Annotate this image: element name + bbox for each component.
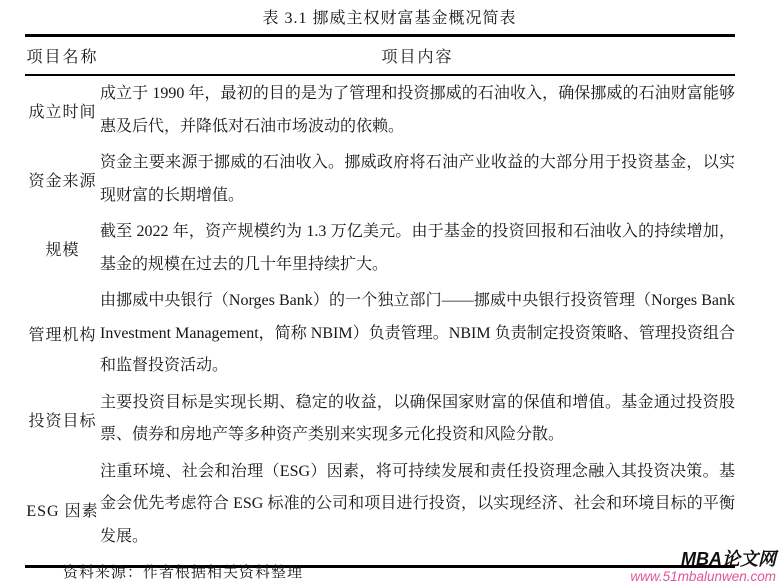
header-item-name: 项目名称: [25, 36, 100, 76]
table-row: 投资目标 主要投资目标是实现长期、稳定的收益，以确保国家财富的保值和增值。基金通…: [25, 385, 735, 454]
table-row: ESG 因素 注重环境、社会和治理（ESG）因素，将可持续发展和责任投资理念融入…: [25, 454, 735, 567]
row-content: 成立于 1990 年，最初的目的是为了管理和投资挪威的石油收入，确保挪威的石油财…: [100, 75, 735, 145]
watermark-site-url[interactable]: www.51mbalunwen.com: [630, 570, 776, 584]
document-page: 表 3.1 挪威主权财富基金概况简表 项目名称 项目内容 成立时间 成立于 19…: [0, 0, 779, 586]
table-row: 成立时间 成立于 1990 年，最初的目的是为了管理和投资挪威的石油收入，确保挪…: [25, 75, 735, 145]
watermark-site-name: MBA论文网: [630, 550, 776, 568]
watermark: MBA论文网 www.51mbalunwen.com: [630, 550, 776, 584]
table-row: 规模 截至 2022 年，资产规模约为 1.3 万亿美元。由于基金的投资回报和石…: [25, 214, 735, 283]
row-content: 主要投资目标是实现长期、稳定的收益，以确保国家财富的保值和增值。基金通过投资股票…: [100, 385, 735, 454]
fund-overview-table: 项目名称 项目内容 成立时间 成立于 1990 年，最初的目的是为了管理和投资挪…: [25, 34, 735, 568]
table-row: 资金来源 资金主要来源于挪威的石油收入。挪威政府将石油产业收益的大部分用于投资基…: [25, 145, 735, 214]
table-row: 管理机构 由挪威中央银行（Norges Bank）的一个独立部门——挪威中央银行…: [25, 283, 735, 385]
table-header-row: 项目名称 项目内容: [25, 36, 735, 76]
header-item-content: 项目内容: [100, 36, 735, 76]
row-label: 管理机构: [25, 283, 100, 385]
source-note: 资料来源：作者根据相关资料整理: [63, 561, 303, 582]
row-label: 资金来源: [25, 145, 100, 214]
row-label: 成立时间: [25, 75, 100, 145]
row-label: 投资目标: [25, 385, 100, 454]
row-label: ESG 因素: [25, 454, 100, 567]
row-label: 规模: [25, 214, 100, 283]
row-content: 截至 2022 年，资产规模约为 1.3 万亿美元。由于基金的投资回报和石油收入…: [100, 214, 735, 283]
row-content: 资金主要来源于挪威的石油收入。挪威政府将石油产业收益的大部分用于投资基金，以实现…: [100, 145, 735, 214]
row-content: 由挪威中央银行（Norges Bank）的一个独立部门——挪威中央银行投资管理（…: [100, 283, 735, 385]
table-caption: 表 3.1 挪威主权财富基金概况简表: [0, 5, 779, 28]
